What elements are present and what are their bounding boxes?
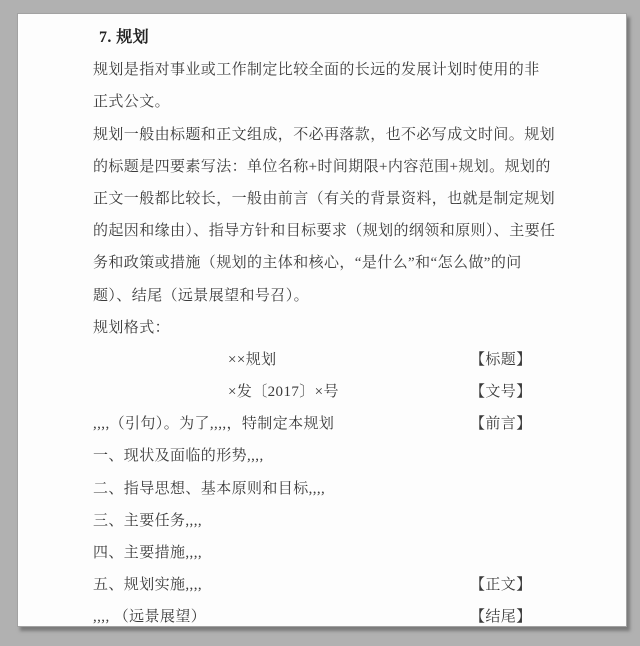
format-row-text: 四、主要措施,,,, <box>93 537 202 569</box>
format-row: ××规划 【标题】 <box>93 344 613 376</box>
format-row: 五、规划实施,,,, 【正文】 <box>93 569 613 601</box>
format-row-text: ,,,,（引句）。为了,,,,，特制定本规划 <box>93 408 334 440</box>
text-line: 的起因和缘由）、指导方针和目标要求（规划的纲领和原则）、主要任 <box>93 215 613 247</box>
doc-title: 7. 规划 <box>93 22 613 54</box>
format-row-label: 【结尾】 <box>470 601 532 627</box>
format-row: ×发〔2017〕×号 【文号】 <box>93 376 613 408</box>
text-line: 规划是指对事业或工作制定比较全面的长远的发展计划时使用的非 <box>93 54 613 86</box>
format-row-label: 【文号】 <box>470 376 532 408</box>
text-line: 正式公文。 <box>93 86 613 118</box>
text-line: 正文一般都比较长，一般由前言（有关的背景资料，也就是制定规划 <box>93 183 613 215</box>
text-line: 规划一般由标题和正文组成，不必再落款，也不必写成文时间。规划 <box>93 119 613 151</box>
format-row-text: 五、规划实施,,,, <box>93 569 202 601</box>
format-row-text: ×发〔2017〕×号 <box>228 376 339 408</box>
format-row: 二、指导思想、基本原则和目标,,,, <box>93 473 613 505</box>
format-row-label: 【正文】 <box>470 569 532 601</box>
format-heading: 规划格式： <box>93 312 613 344</box>
format-row-text: 一、现状及面临的形势,,,, <box>93 440 264 472</box>
format-row-text: ××规划 <box>228 344 277 376</box>
format-row-text: ,,,, （远景展望） <box>93 601 206 627</box>
format-row-text: 三、主要任务,,,, <box>93 505 202 537</box>
format-row-label: 【标题】 <box>470 344 532 376</box>
text-line: 务和政策或措施（规划的主体和核心，“是什么”和“怎么做”的问 <box>93 247 613 279</box>
format-row: 四、主要措施,,,, <box>93 537 613 569</box>
document-page: 7. 规划 规划是指对事业或工作制定比较全面的长远的发展计划时使用的非 正式公文… <box>17 13 627 627</box>
format-row: 三、主要任务,,,, <box>93 505 613 537</box>
format-row-label: 【前言】 <box>470 408 532 440</box>
format-row: 一、现状及面临的形势,,,, <box>93 440 613 472</box>
format-row: ,,,,（引句）。为了,,,,，特制定本规划 【前言】 <box>93 408 613 440</box>
format-row: ,,,, （远景展望） 【结尾】 <box>93 601 613 627</box>
document-content: 7. 规划 规划是指对事业或工作制定比较全面的长远的发展计划时使用的非 正式公文… <box>18 22 627 627</box>
text-line: 的标题是四要素写法：单位名称+时间期限+内容范围+规划。规划的 <box>93 151 613 183</box>
format-row-text: 二、指导思想、基本原则和目标,,,, <box>93 473 325 505</box>
text-line: 题）、结尾（远景展望和号召）。 <box>93 280 613 312</box>
